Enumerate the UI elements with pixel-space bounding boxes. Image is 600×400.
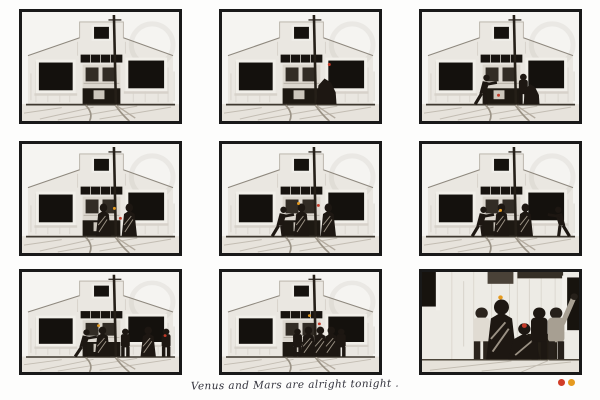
handwritten-caption: Venus and Mars are alright tonight . <box>145 377 445 393</box>
photo-frame-1 <box>19 9 182 124</box>
photo-frame-8 <box>219 269 382 375</box>
photo-frame-3 <box>419 9 582 124</box>
photo-frame-4 <box>19 141 182 256</box>
photo-frame-5 <box>219 141 382 256</box>
orange-dot <box>568 379 575 386</box>
photo-frame-7 <box>19 269 182 375</box>
contact-sheet: Venus and Mars are alright tonight . <box>0 0 600 400</box>
photo-frame-6 <box>419 141 582 256</box>
photo-frame-2 <box>219 9 382 124</box>
photo-frame-9 <box>419 269 582 375</box>
red-dot <box>558 379 565 386</box>
